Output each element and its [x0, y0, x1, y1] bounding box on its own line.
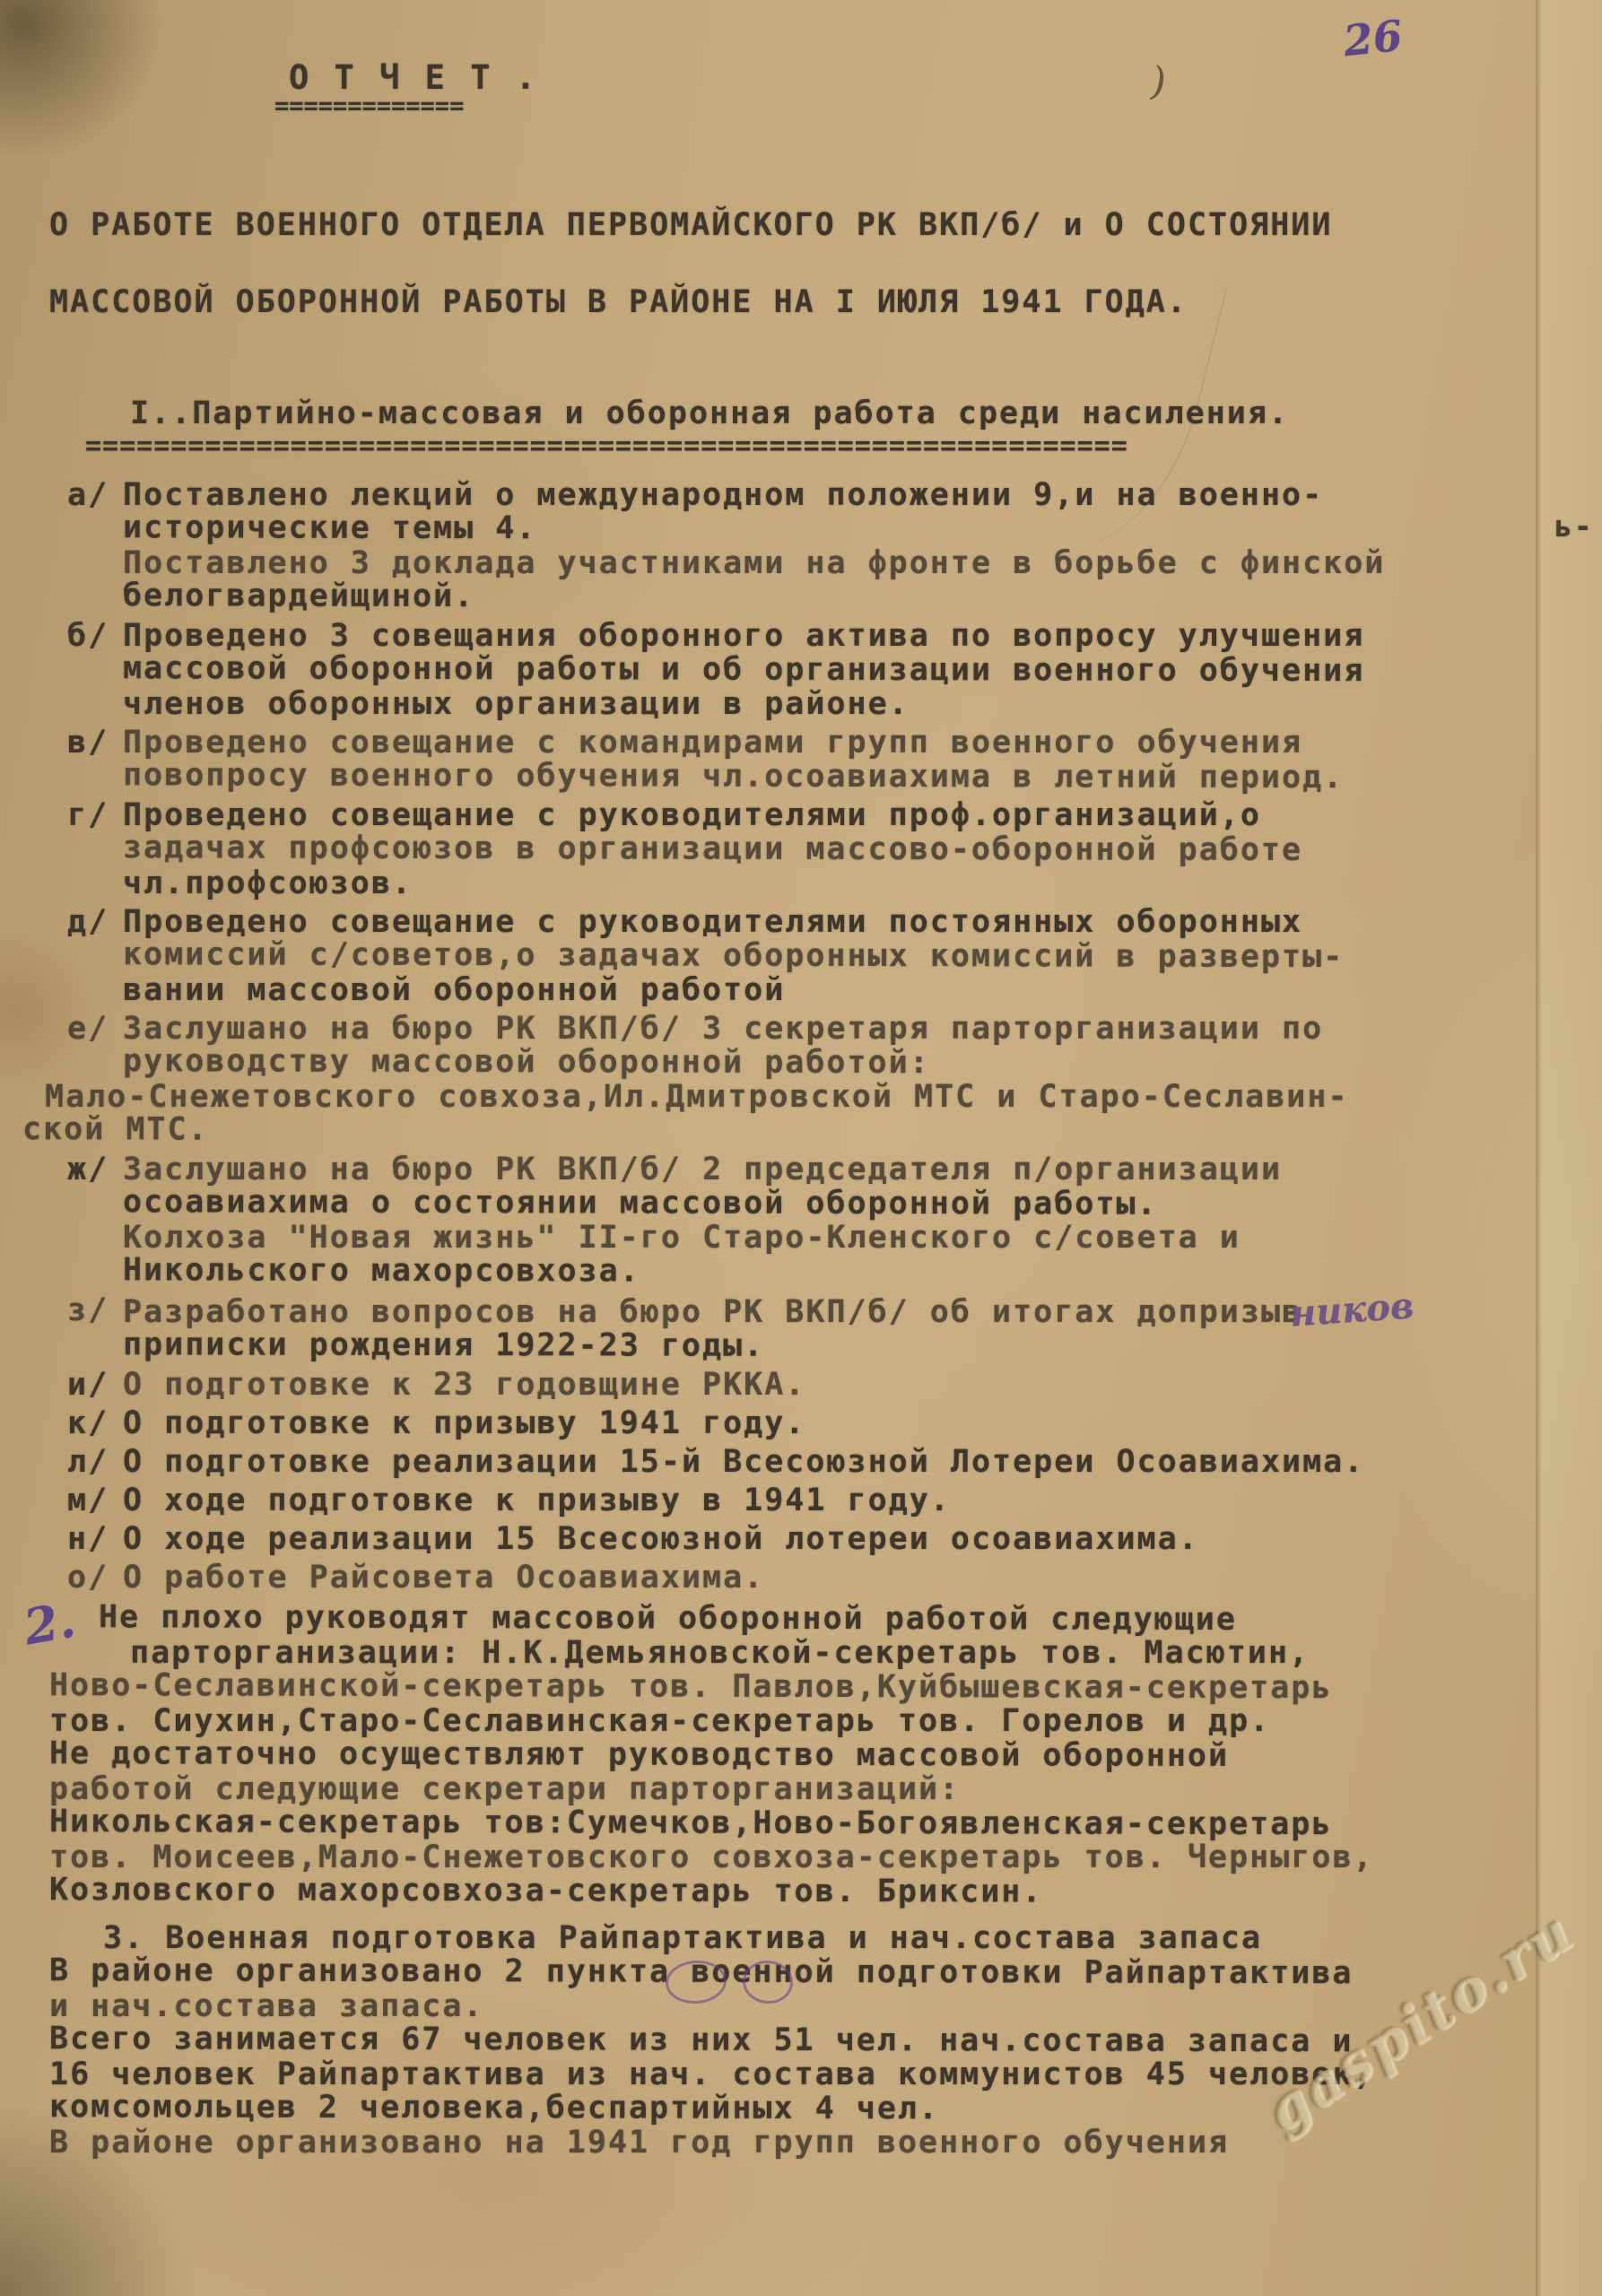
- text-line: комиссий с/советов,о задачах оборонных к…: [123, 937, 1584, 974]
- item-label: г/: [67, 798, 123, 900]
- document-title: О Т Ч Е Т .: [289, 61, 1602, 95]
- list-item-l: л/ О подготовке реализации 15-й Всесоюзн…: [67, 1445, 1584, 1479]
- text-line: Не достаточно осуществляют руководство м…: [49, 1736, 1584, 1774]
- list-item-e: е/ Заслушано на бюро РК ВКП/б/ 3 секрета…: [67, 1012, 1584, 1148]
- text-line: О подготовке к 23 годовщине РККА.: [123, 1368, 1584, 1402]
- list-item-n: н/ О ходе реализации 15 Всесоюзной лотер…: [67, 1522, 1584, 1556]
- text-line: вании массовой оборонной работой: [123, 973, 1584, 1007]
- text-line: тов. Моисеев,Мало-Снежетовского совхоза-…: [49, 1840, 1584, 1874]
- text-line: руководству массовой оборонной работой:: [123, 1044, 1584, 1081]
- subject-line: МАССОВОЙ ОБОРОННОЙ РАБОТЫ В РАЙОНЕ НА I …: [49, 285, 1602, 319]
- item-label: а/: [67, 478, 123, 614]
- item-label: з/: [67, 1293, 123, 1363]
- text-line: Разработано вопросов на бюро РК ВКП/б/ о…: [123, 1293, 1584, 1329]
- title-underline: =============: [274, 97, 1602, 117]
- text-line: Проведено совещание с руководителями про…: [123, 798, 1584, 832]
- text-line: О подготовке реализации 15-й Всесоюзной …: [123, 1445, 1584, 1479]
- text-line: Никольская-секретарь тов:Сумечков,Ново-Б…: [49, 1805, 1584, 1842]
- text-line: осоавиахима о состоянии массовой оборонн…: [123, 1185, 1584, 1222]
- list-item-b: б/ Проведено 3 совещания оборонного акти…: [67, 619, 1584, 721]
- text-line: В районе организовано 2 пункта военной п…: [49, 1953, 1584, 1991]
- item-label: д/: [67, 905, 123, 1007]
- text-line: О работе Райсовета Осоавиахима.: [123, 1561, 1584, 1595]
- handwritten-correction: ников: [1289, 1289, 1415, 1332]
- section-heading-underline: ========================================…: [85, 433, 1602, 460]
- text-line: Проведено 3 совещания оборонного актива …: [123, 619, 1584, 653]
- subject-line: О РАБОТЕ ВОЕННОГО ОТДЕЛА ПЕРВОМАЙСКОГО Р…: [49, 208, 1602, 242]
- title-block: О Т Ч Е Т . =============: [289, 0, 1602, 117]
- text-line: чл.профсоюзов.: [123, 866, 1584, 900]
- text-line: задачах профсоюзов в организации массово…: [123, 831, 1584, 867]
- item-label: и/: [67, 1368, 123, 1402]
- text-line: Проведено совещание с командирами групп …: [123, 726, 1584, 760]
- text-line: членов оборонных организации в районе.: [123, 687, 1584, 721]
- item-label: н/: [67, 1522, 123, 1556]
- text-line: О ходе подготовке к призыву в 1941 году.: [123, 1483, 1584, 1518]
- item-label: ж/: [67, 1152, 123, 1289]
- text-line: Поставлено лекций о международном положе…: [123, 478, 1584, 512]
- text-line: работой следующие секретари парторганиза…: [49, 1772, 1584, 1806]
- item-label: о/: [67, 1561, 123, 1595]
- handwritten-page-number: 26: [1341, 12, 1405, 67]
- text-line: Заслушано на бюро РК ВКП/б/ 3 секретаря …: [123, 1012, 1584, 1046]
- text-line: массовой оборонной работы и об организац…: [123, 651, 1584, 688]
- text-line: 3. Военная подготовка Райпартактива и на…: [67, 1921, 1584, 1955]
- section-heading: I..Партийно-массовая и оборонная работа …: [130, 396, 1602, 430]
- list-item-g: г/ Проведено совещание с руководителями …: [67, 798, 1584, 900]
- text-line: приписки рождения 1922-23 годы.: [123, 1327, 1584, 1364]
- text-line: Ново-Сеславинской-секретарь тов. Павлов,…: [49, 1668, 1584, 1706]
- text-line: Проведено совещание с руководителями пос…: [123, 905, 1584, 939]
- list-item-k: к/ О подготовке к призыву 1941 году.: [67, 1406, 1584, 1440]
- text-line: В районе организовано на 1941 год групп …: [49, 2126, 1584, 2160]
- text-line: О ходе реализации 15 Всесоюзной лотереи …: [123, 1522, 1584, 1556]
- text-line: Никольского махорсовхоза.: [123, 1253, 1584, 1290]
- text-segment: Разработано вопросов на бюро РК ВКП/б/ о…: [123, 1294, 1302, 1330]
- paragraph-2: 2. Не плохо руководят массовой оборонной…: [67, 1602, 1584, 1909]
- item-label: л/: [67, 1445, 123, 1479]
- text-line: Заслушано на бюро РК ВКП/б/ 2 председате…: [123, 1152, 1584, 1187]
- text-line: Не плохо руководят массовой оборонной ра…: [67, 1600, 1584, 1638]
- text-line: Колхоза "Новая жизнь" II-го Старо-Кленск…: [123, 1221, 1584, 1255]
- text-line: тов. Сиухин,Старо-Сеславинская-секретарь…: [49, 1704, 1584, 1738]
- document-subject: О РАБОТЕ ВОЕННОГО ОТДЕЛА ПЕРВОМАЙСКОГО Р…: [49, 208, 1602, 319]
- list-item-i: и/ О подготовке к 23 годовщине РККА.: [67, 1368, 1584, 1402]
- list-item-v: в/ Проведено совещание с командирами гру…: [67, 726, 1584, 794]
- text-line: и нач.состава запаса.: [49, 1989, 1584, 2023]
- list-item-o: о/ О работе Райсовета Осоавиахима.: [67, 1561, 1584, 1595]
- text-line: Козловского махорсовхоза-секретарь тов. …: [49, 1873, 1584, 1910]
- list-item-z: з/ Разработано вопросов на бюро РК ВКП/б…: [67, 1293, 1584, 1363]
- document-body: а/ Поставлено лекций о международном пол…: [67, 478, 1584, 2160]
- text-line: парторганизации: Н.К.Демьяновской-секрет…: [67, 1636, 1584, 1670]
- text-line: О подготовке к призыву 1941 году.: [123, 1406, 1584, 1440]
- list-item-m: м/ О ходе подготовке к призыву в 1941 го…: [67, 1483, 1584, 1518]
- list-item-zh: ж/ Заслушано на бюро РК ВКП/б/ 2 председ…: [67, 1152, 1584, 1289]
- list-item-a: а/ Поставлено лекций о международном пол…: [67, 478, 1584, 614]
- text-line: Поставлено 3 доклада участниками на фрон…: [123, 546, 1584, 580]
- scanned-document-page: 26 ) ь- О Т Ч Е Т . ============= О РАБО…: [0, 0, 1602, 2296]
- item-label: в/: [67, 726, 123, 794]
- item-label: б/: [67, 619, 123, 721]
- text-line: Мало-Снежетовского совхоза,Ил.Дмитровско…: [45, 1080, 1584, 1114]
- text-line: повопросу военного обучения чл.осоавиахи…: [123, 758, 1584, 795]
- text-line: белогвардейщиной.: [123, 578, 1584, 615]
- text-line: ской МТС.: [22, 1112, 1584, 1150]
- list-item-d: д/ Проведено совещание с руководителями …: [67, 905, 1584, 1007]
- section-1-heading-block: I..Партийно-массовая и оборонная работа …: [67, 396, 1602, 460]
- item-label: м/: [67, 1483, 123, 1518]
- item-label: к/: [67, 1406, 123, 1440]
- text-line: исторические темы 4.: [123, 510, 1584, 547]
